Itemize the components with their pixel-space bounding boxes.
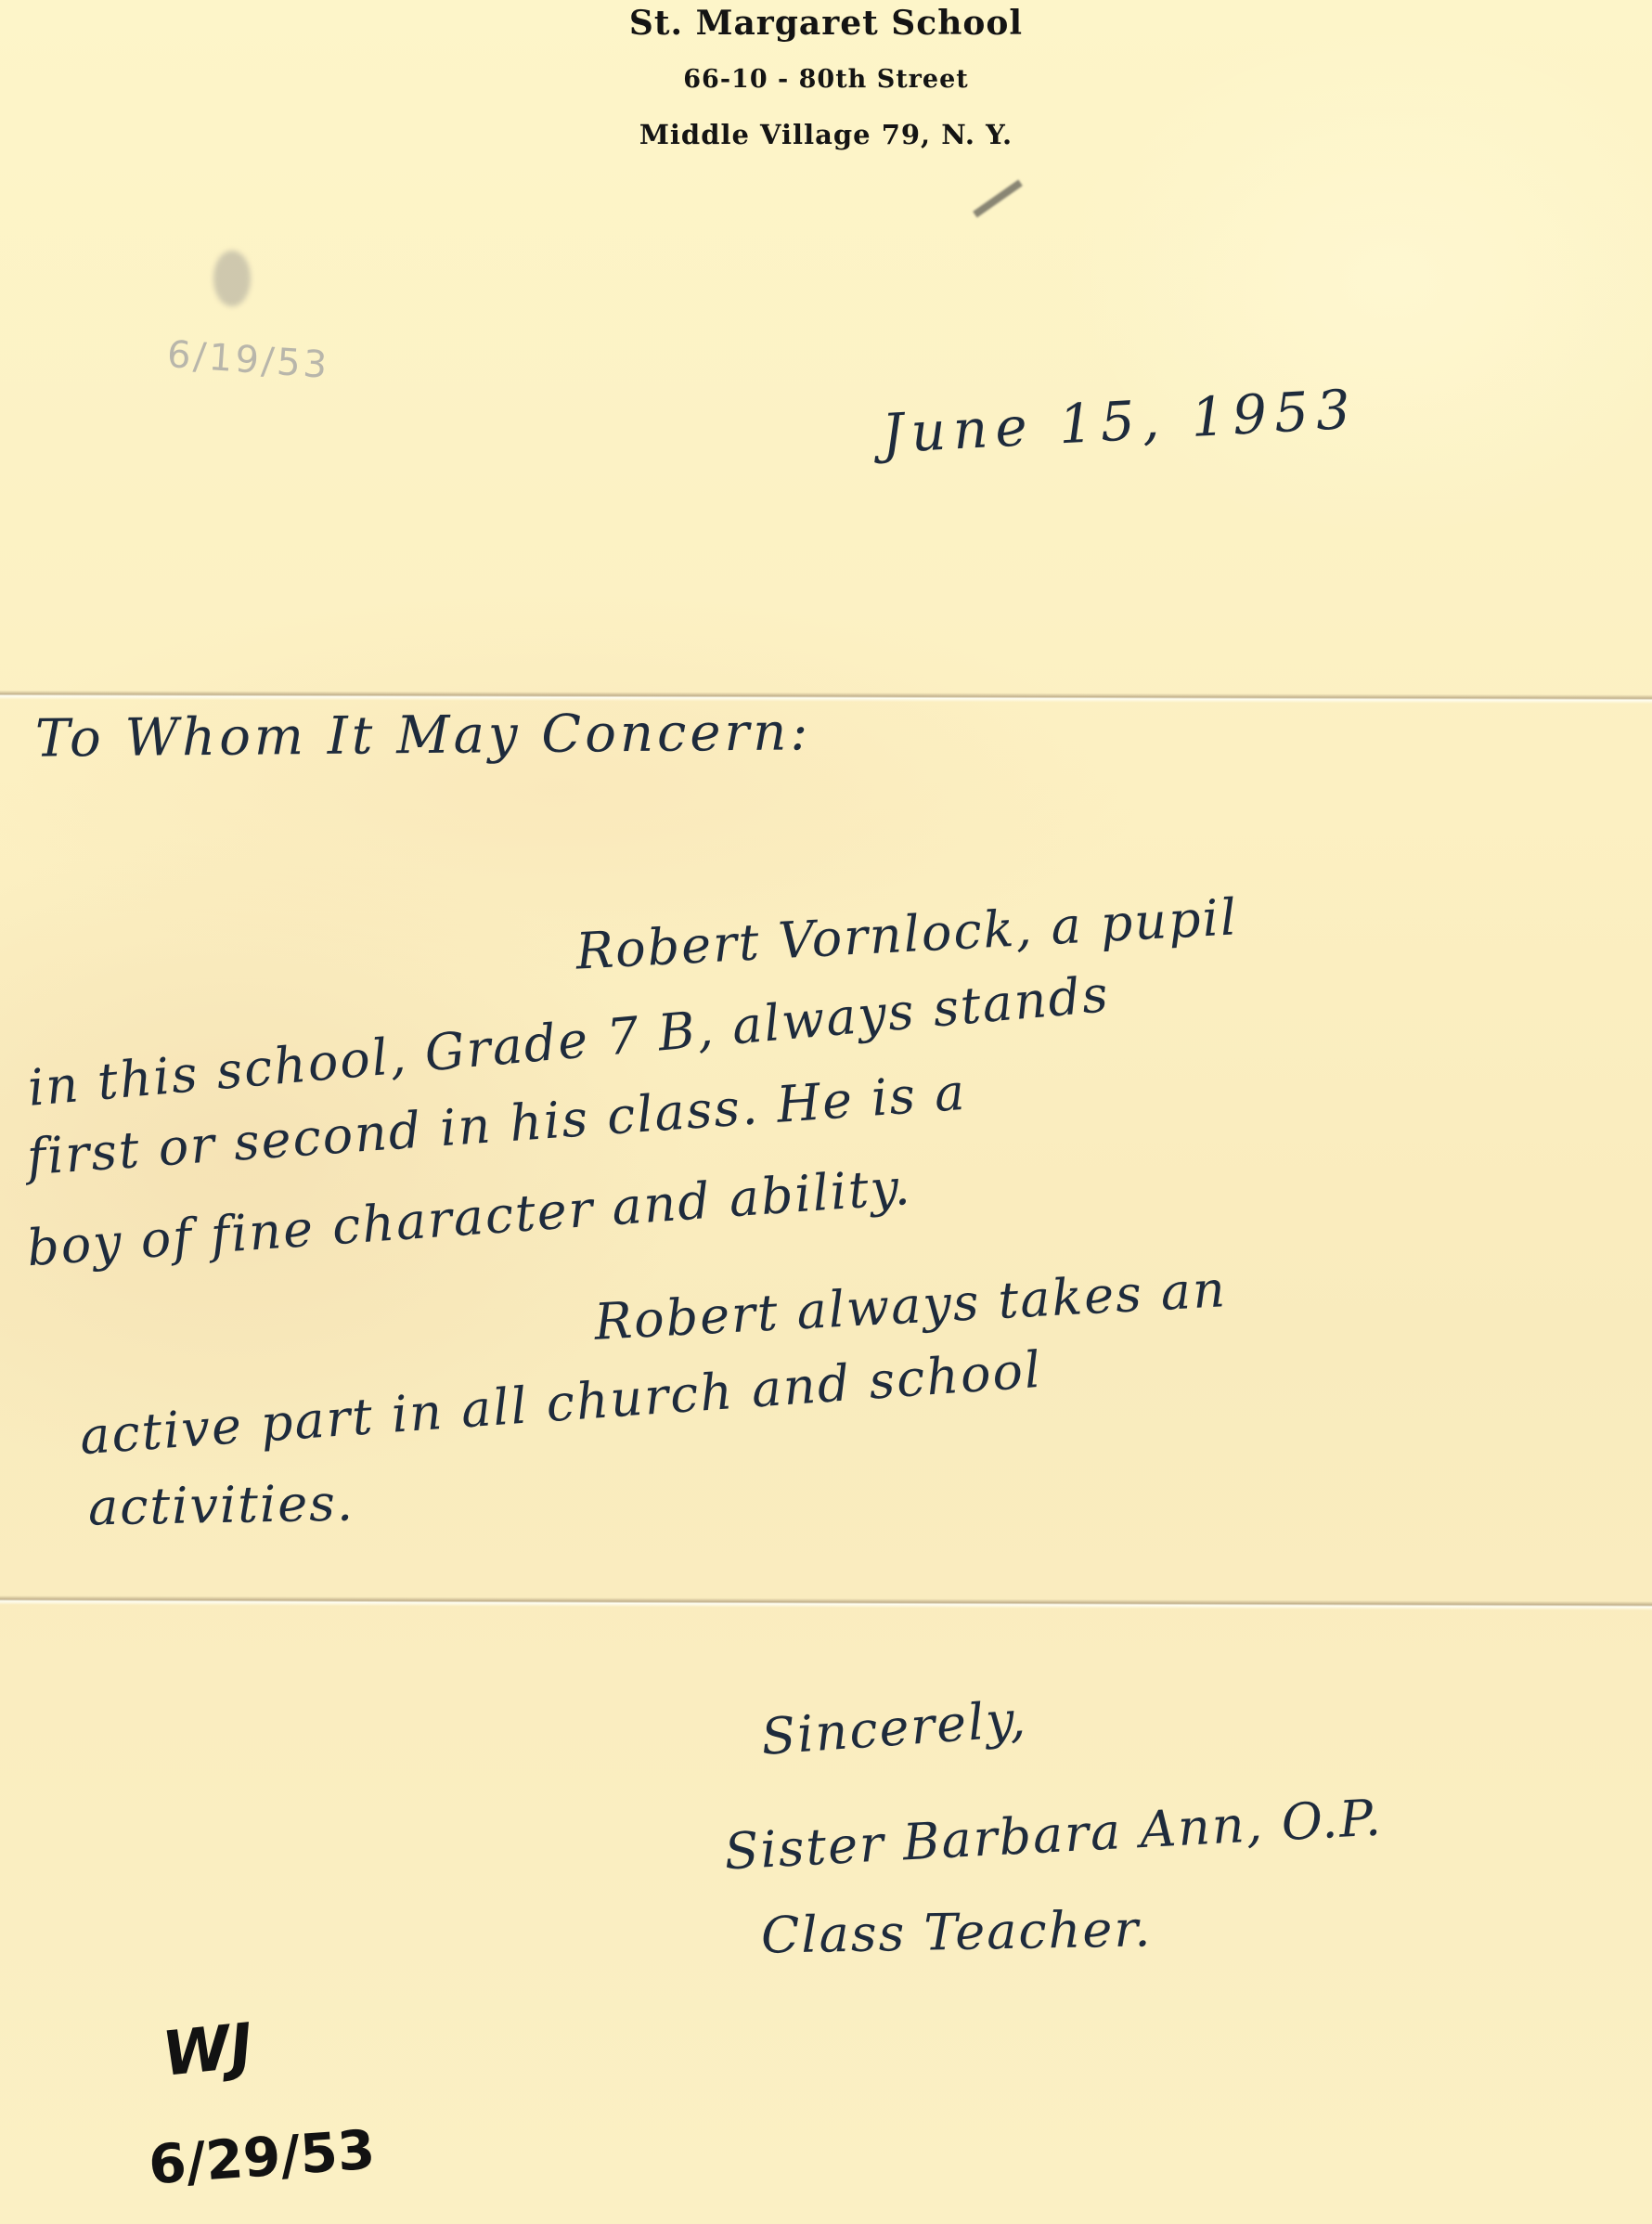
signature-title: Class Teacher. (760, 1899, 1152, 1964)
reviewer-initials: WJ (159, 2010, 256, 2090)
school-city: Middle Village 79, N. Y. (0, 119, 1652, 150)
body-line: activities. (87, 1474, 355, 1537)
school-street-address: 66-10 - 80th Street (0, 65, 1652, 94)
salutation: To Whom It May Concern: (35, 702, 812, 769)
ink-smudge (213, 251, 251, 306)
school-name: St. Margaret School (0, 4, 1652, 43)
